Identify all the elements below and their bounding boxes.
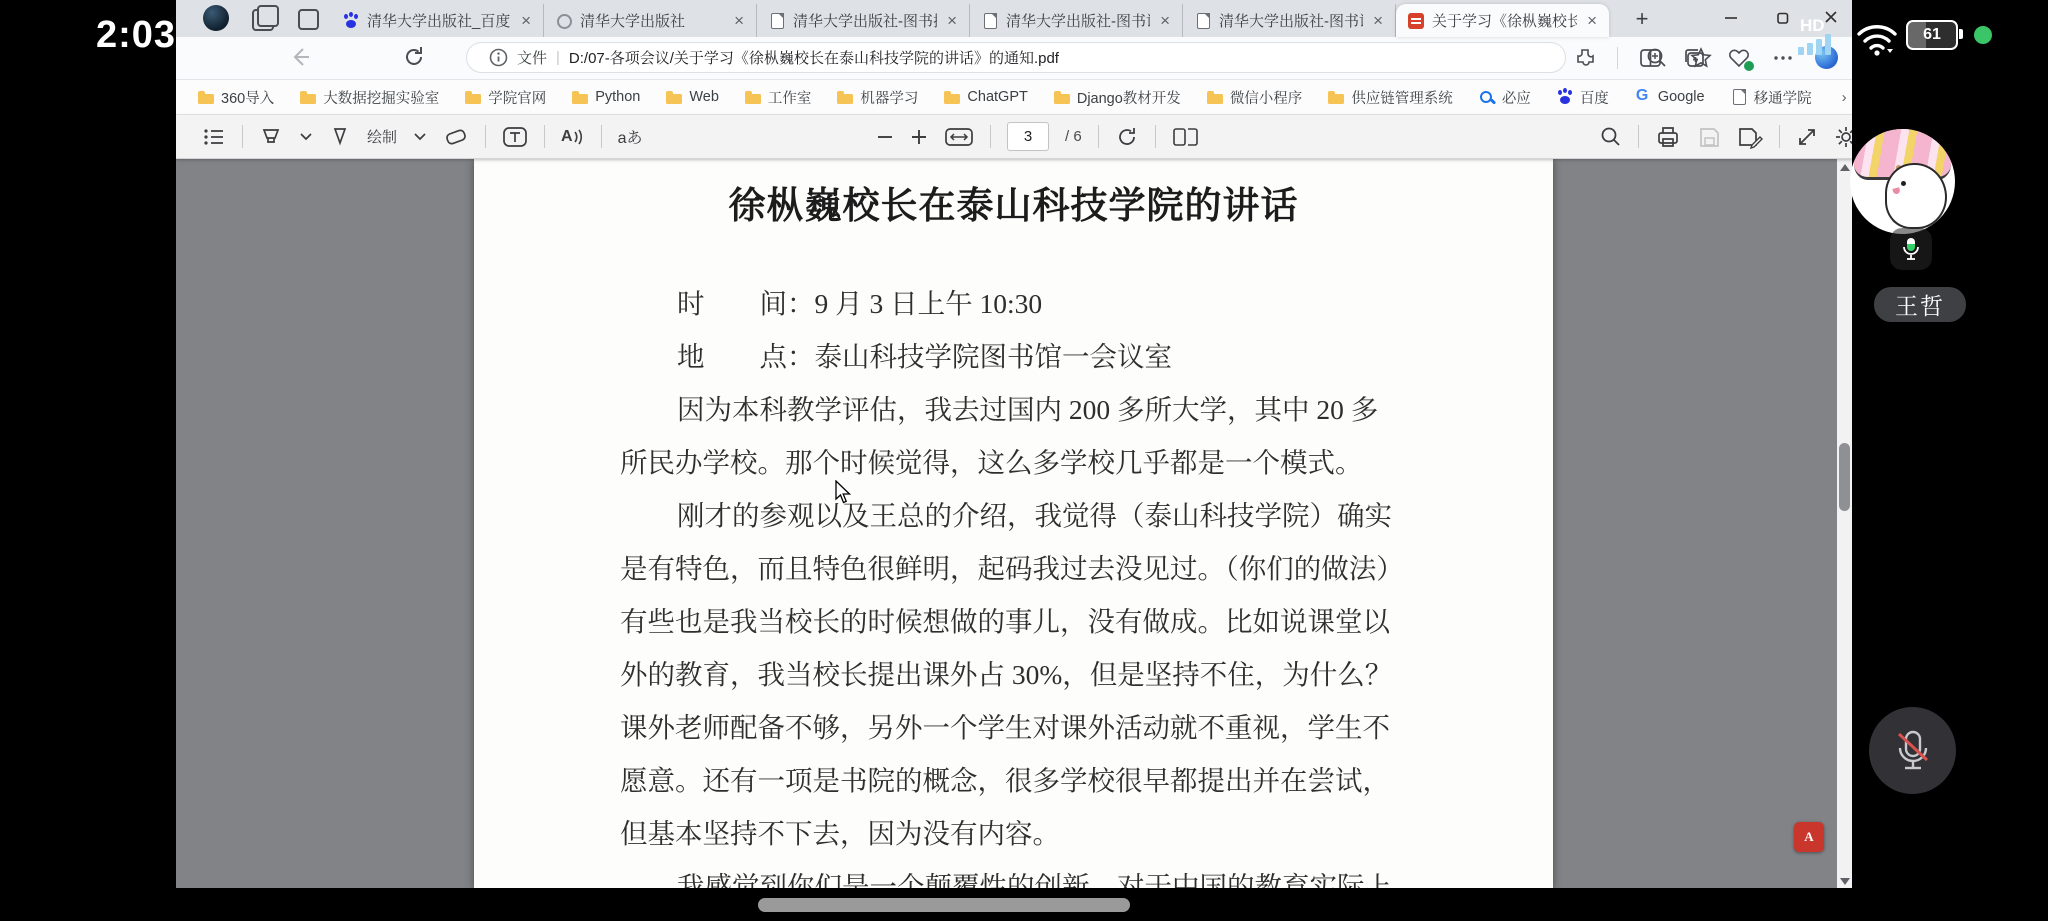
- bookmark-item[interactable]: 工作室: [745, 87, 812, 108]
- browser-tab[interactable]: 清华大学出版社-图书详情 ×: [970, 4, 1183, 37]
- bookmarks-bar: 360导入 大数据挖掘实验室 学院官网 Python: [176, 80, 1852, 115]
- bookmark-label: Web: [689, 89, 719, 105]
- presence-dot: [1974, 26, 1992, 44]
- browser-tab[interactable]: 清华大学出版社_百度搜索 ×: [331, 4, 544, 37]
- new-tab-button[interactable]: +: [1628, 6, 1656, 34]
- tab-close-icon[interactable]: ×: [1585, 12, 1599, 29]
- search-icon[interactable]: [1600, 126, 1622, 148]
- split-screen-icon[interactable]: [1639, 47, 1662, 69]
- bookmark-label: 微信小程序: [1230, 87, 1303, 108]
- bookmarks-tail: › 其他收藏夹: [1842, 86, 1852, 108]
- bookmark-item[interactable]: 大数据挖掘实验室: [300, 87, 439, 108]
- bookmark-label: 大数据挖掘实验室: [323, 87, 439, 108]
- bookmark-label: 机器学习: [860, 87, 918, 108]
- highlighter-icon[interactable]: [259, 125, 283, 149]
- file-scheme-label: 文件: [517, 47, 547, 68]
- document-line: 所民办学校。那个时候觉得，这么多学校几乎都是一个模式。: [620, 436, 1420, 489]
- draw-label[interactable]: 绘制: [367, 126, 397, 147]
- bookmark-icon: [944, 89, 960, 105]
- status-time: 2:03: [96, 14, 176, 57]
- adobe-pdf-button[interactable]: A: [1794, 822, 1824, 852]
- browser-essentials-icon[interactable]: [1727, 47, 1751, 69]
- translate-icon[interactable]: aあ: [618, 125, 643, 148]
- tab-favicon: [1195, 13, 1211, 29]
- save-icon[interactable]: [1697, 125, 1721, 149]
- document-line: 我感觉到你们是一个颠覆性的创新，对于中国的教育实际上: [620, 860, 1420, 888]
- bookmark-label: 百度: [1580, 87, 1609, 108]
- bookmark-icon: [1207, 89, 1223, 105]
- fit-width-icon[interactable]: [944, 126, 974, 148]
- rotate-icon[interactable]: [1115, 125, 1139, 149]
- bookmark-icon: [837, 89, 853, 105]
- bookmark-item[interactable]: Python: [572, 89, 640, 105]
- settings-gear-icon[interactable]: [1834, 125, 1852, 149]
- bookmark-icon: [198, 89, 214, 105]
- bookmark-item[interactable]: 360导入: [198, 87, 274, 108]
- bookmark-icon: [1731, 89, 1747, 105]
- scroll-up-icon[interactable]: [1840, 164, 1850, 171]
- document-line: 有些也是我当校长的时候想做的事儿，没有做成。比如说课堂以: [620, 595, 1420, 648]
- fullscreen-icon[interactable]: [1796, 126, 1818, 148]
- save-as-icon[interactable]: [1737, 125, 1763, 149]
- scrollbar-thumb[interactable]: [1839, 443, 1850, 511]
- bookmark-item[interactable]: Django教材开发: [1054, 87, 1181, 108]
- bookmark-item[interactable]: ChatGPT: [944, 89, 1027, 105]
- bookmark-item[interactable]: 机器学习: [837, 87, 918, 108]
- collections-icon[interactable]: [1683, 47, 1706, 69]
- bookmark-label: Google: [1658, 89, 1705, 105]
- toolbar-divider: [1617, 47, 1618, 69]
- address-pill[interactable]: 文件 | D:/07-各项会议/关于学习《徐枞巍校长在泰山科技学院的讲话》的通知…: [466, 42, 1566, 73]
- tab-favicon: [769, 13, 785, 29]
- bookmark-item[interactable]: 移通学院: [1731, 87, 1812, 108]
- document-line: 是有特色，而且特色很鲜明，起码我过去没见过。（你们的做法）: [620, 542, 1420, 595]
- bookmark-label: ChatGPT: [967, 89, 1027, 105]
- pdf-page: 徐枞巍校长在泰山科技学院的讲话 时 间：9 月 3 日上午 10:30 地 点：…: [474, 159, 1553, 888]
- tab-close-icon[interactable]: ×: [732, 12, 746, 29]
- pdf-viewport[interactable]: 徐枞巍校长在泰山科技学院的讲话 时 间：9 月 3 日上午 10:30 地 点：…: [176, 159, 1852, 888]
- hd-badge: HD: [1800, 16, 1825, 36]
- bookmark-label: 360导入: [221, 87, 274, 108]
- document-title: 徐枞巍校长在泰山科技学院的讲话: [474, 175, 1553, 229]
- bookmark-icon: [572, 89, 588, 105]
- bookmark-icon: [465, 89, 481, 105]
- tab-label: 清华大学出版社-图书详情: [1219, 10, 1363, 31]
- bookmark-icon: [666, 89, 682, 105]
- add-text-icon[interactable]: [502, 125, 528, 149]
- tab-favicon: [982, 13, 998, 29]
- address-divider: |: [556, 49, 560, 66]
- browser-tab[interactable]: 清华大学出版社-图书详情 ×: [1183, 4, 1396, 37]
- participant-avatar[interactable]: [1850, 129, 1955, 234]
- tab-close-icon[interactable]: ×: [519, 12, 533, 29]
- bookmark-icon: [1054, 89, 1070, 105]
- document-line: 但基本坚持不下去，因为没有内容。: [620, 807, 1420, 860]
- bookmark-icon: [1328, 89, 1344, 105]
- scroll-down-icon[interactable]: [1840, 878, 1850, 885]
- address-bar: 文件 | D:/07-各项会议/关于学习《徐枞巍校长在泰山科技学院的讲话》的通知…: [176, 37, 1852, 80]
- wifi-icon: [1856, 22, 1898, 61]
- mic-level-icon: [1890, 228, 1932, 270]
- bookmark-label: 工作室: [768, 87, 812, 108]
- bookmark-item[interactable]: 必应: [1479, 87, 1531, 108]
- tab-close-icon[interactable]: ×: [1158, 12, 1172, 29]
- document-line: 因为本科教学评估，我去过国内 200 多所大学，其中 20 多: [620, 383, 1420, 436]
- screen: 2:03 HD 61 清华大学出版社_百度搜索 ×: [0, 0, 2048, 921]
- bookmark-item[interactable]: 微信小程序: [1207, 87, 1303, 108]
- document-line: 刚才的参观以及王总的介绍，我觉得（泰山科技学院）确实: [620, 489, 1420, 542]
- back-icon[interactable]: [288, 45, 312, 69]
- zoom-out-icon[interactable]: [876, 128, 894, 146]
- read-aloud-icon[interactable]: A: [561, 128, 585, 146]
- bookmark-icon: [300, 89, 316, 105]
- pdf-toolbar: 绘制 A aあ: [176, 115, 1852, 159]
- bookmark-item[interactable]: 百度: [1557, 87, 1609, 108]
- workspaces-icon[interactable]: [252, 9, 274, 31]
- eraser-icon[interactable]: [443, 125, 469, 149]
- bookmark-label: Python: [595, 89, 640, 105]
- document-body: 时 间：9 月 3 日上午 10:30 地 点：泰山科技学院图书馆一会议室 因为…: [620, 277, 1420, 888]
- bookmark-label: Django教材开发: [1077, 87, 1181, 108]
- tab-close-icon[interactable]: ×: [945, 12, 959, 29]
- zoom-in-icon[interactable]: [910, 128, 928, 146]
- tab-favicon: [1408, 13, 1424, 29]
- bookmarks-overflow-icon[interactable]: ›: [1842, 89, 1847, 106]
- horizontal-scrollbar-thumb[interactable]: [758, 898, 1130, 912]
- bookmark-item[interactable]: 供应链管理系统: [1328, 87, 1453, 108]
- tab-favicon: [556, 13, 572, 29]
- mic-muted-icon: [1893, 728, 1933, 774]
- bookmark-icon: [1635, 89, 1651, 105]
- tab-favicon: [343, 13, 359, 29]
- bookmark-label: 供应链管理系统: [1351, 87, 1453, 108]
- participant-name-badge: 王哲: [1874, 287, 1966, 322]
- battery-indicator: 61: [1906, 20, 1958, 50]
- bookmark-icon: [745, 89, 761, 105]
- document-line: 地 点：泰山科技学院图书馆一会议室: [620, 330, 1420, 383]
- pdf-vertical-scrollbar[interactable]: [1837, 159, 1852, 888]
- profile-avatar[interactable]: [203, 5, 229, 31]
- bookmark-item[interactable]: Web: [666, 89, 719, 105]
- mouse-cursor: [833, 480, 853, 511]
- chevron-down-icon[interactable]: [413, 132, 427, 142]
- browser-tab[interactable]: 关于学习《徐枞巍校长在 ×: [1396, 4, 1609, 37]
- browser-tab[interactable]: 清华大学出版社 ×: [544, 4, 757, 37]
- participant-name: 王哲: [1895, 288, 1945, 321]
- bookmark-item[interactable]: 学院官网: [465, 87, 546, 108]
- minimize-button[interactable]: [1708, 0, 1754, 34]
- page-number-input[interactable]: 3: [1007, 122, 1049, 151]
- chevron-down-icon[interactable]: [299, 132, 313, 142]
- tab-bar: 清华大学出版社_百度搜索 × 清华大学出版社 × 清华大学出版社-图书搜索 ×: [176, 0, 1852, 37]
- mute-microphone-button[interactable]: [1869, 707, 1956, 794]
- tab-label: 清华大学出版社-图书详情: [1006, 10, 1150, 31]
- extensions-icon[interactable]: [1574, 47, 1596, 69]
- more-menu-icon[interactable]: [1772, 47, 1794, 69]
- bookmark-icon: [1557, 89, 1573, 105]
- tab-close-icon[interactable]: ×: [1371, 12, 1385, 29]
- page-total-label: / 6: [1065, 128, 1082, 145]
- adobe-pdf-glyph: A: [1804, 829, 1813, 845]
- print-icon[interactable]: [1655, 125, 1681, 149]
- document-line: 外的教育，我当校长提出课外占 30%，但是坚持不住，为什么？: [620, 648, 1420, 701]
- toc-icon[interactable]: [202, 126, 226, 148]
- bookmark-item[interactable]: Google: [1635, 89, 1705, 105]
- signal-bars-icon: [1798, 34, 1831, 55]
- document-line: 课外老师配备不够，另外一个学生对课外活动就不重视，学生不: [620, 701, 1420, 754]
- tab-label: 清华大学出版社-图书搜索: [793, 10, 937, 31]
- address-url[interactable]: D:/07-各项会议/关于学习《徐枞巍校长在泰山科技学院的讲话》的通知.pdf: [569, 47, 1551, 68]
- info-icon: [489, 48, 508, 67]
- tab-strip: 清华大学出版社_百度搜索 × 清华大学出版社 × 清华大学出版社-图书搜索 ×: [331, 4, 1609, 37]
- draw-pen-icon[interactable]: [329, 125, 351, 149]
- tab-label: 清华大学出版社: [580, 10, 724, 31]
- browser-tab[interactable]: 清华大学出版社-图书搜索 ×: [757, 4, 970, 37]
- refresh-icon[interactable]: [402, 45, 426, 69]
- bookmark-label: 移通学院: [1754, 87, 1812, 108]
- tab-actions-icon[interactable]: [298, 9, 319, 30]
- browser-window: 清华大学出版社_百度搜索 × 清华大学出版社 × 清华大学出版社-图书搜索 ×: [176, 0, 1852, 888]
- tab-label: 清华大学出版社_百度搜索: [367, 10, 511, 31]
- bookmark-label: 学院官网: [488, 87, 546, 108]
- document-line: 愿意。还有一项是书院的概念，很多学校很早都提出并在尝试，: [620, 754, 1420, 807]
- bookmark-icon: [1479, 89, 1495, 105]
- cartoon-character: [1885, 163, 1947, 229]
- document-line: 时 间：9 月 3 日上午 10:30: [620, 277, 1420, 330]
- bookmark-label: 必应: [1502, 87, 1531, 108]
- page-view-icon[interactable]: [1172, 126, 1200, 148]
- tab-label: 关于学习《徐枞巍校长在: [1432, 10, 1577, 31]
